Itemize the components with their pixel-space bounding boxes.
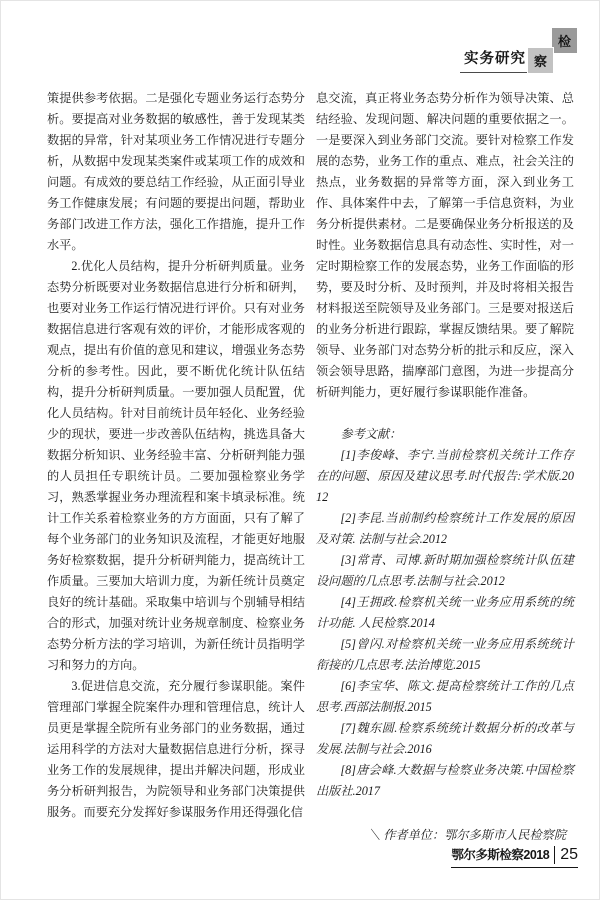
page-footer: 鄂尔多斯检察2018 25 <box>451 845 578 868</box>
paragraph: 2.优化人员结构，提升分析研判质量。业务态势分析既要对业务数据信息进行分析和研判… <box>47 256 305 676</box>
paragraph: 策提供参考依据。二是强化专题业务运行态势分析。要提高对业务数据的敏感性，善于发现… <box>47 88 305 256</box>
page-number: 25 <box>554 846 578 864</box>
reference-item: [4]王拥政.检察机关统一业务应用系统的统计功能. 人民检察.2014 <box>316 592 574 634</box>
section-title: 实务研究 <box>460 47 530 73</box>
reference-item: [2]李昆.当前制约检察统计工作发展的原因及对策. 法制与社会.2012 <box>316 508 574 550</box>
author-affiliation: ＼ 作者单位：鄂尔多斯市人民检察院 <box>316 825 574 846</box>
reference-item: [3]常青、司博.新时期加强检察统计队伍建设问题的几点思考.法制与社会.2012 <box>316 550 574 592</box>
badge-cha: 察 <box>527 47 554 74</box>
reference-item: [8]唐会峰.大数据与检察业务决策.中国检察出版社.2017 <box>316 760 574 802</box>
reference-item: [6]李宝华、陈文.提高检察统计工作的几点思考.西部法制报.2015 <box>316 676 574 718</box>
reference-item: [1]李俊峰、李宁.当前检察机关统计工作存在的问题、原因及建议思考.时代报告:学… <box>316 445 574 508</box>
references-heading: 参考文献： <box>316 424 574 445</box>
reference-item: [5]曾闪.对检察机关统一业务应用系统统计衔接的几点思考.法治博览.2015 <box>316 634 574 676</box>
reference-item: [7]魏东圆.检察系统统计数据分析的改革与发展.法制与社会.2016 <box>316 718 574 760</box>
paragraph: 3.促进信息交流，充分履行参谋职能。案件管理部门掌握全院案件办理和管理信息，统计… <box>47 676 305 823</box>
journal-page: { "header": { "section_label": "实务研究", "… <box>0 0 600 900</box>
paragraph: 息交流，真正将业务态势分析作为领导决策、总结经验、发现问题、解决问题的重要依据之… <box>316 88 574 403</box>
journal-title: 鄂尔多斯检察2018 <box>451 845 549 863</box>
left-column: 策提供参考依据。二是强化专题业务运行态势分析。要提高对业务数据的敏感性，善于发现… <box>47 88 305 846</box>
badge-jian: 检 <box>551 27 578 54</box>
right-column: 息交流，真正将业务态势分析作为领导决策、总结经验、发现问题、解决问题的重要依据之… <box>316 88 574 846</box>
article-body: 策提供参考依据。二是强化专题业务运行态势分析。要提高对业务数据的敏感性，善于发现… <box>47 88 574 846</box>
